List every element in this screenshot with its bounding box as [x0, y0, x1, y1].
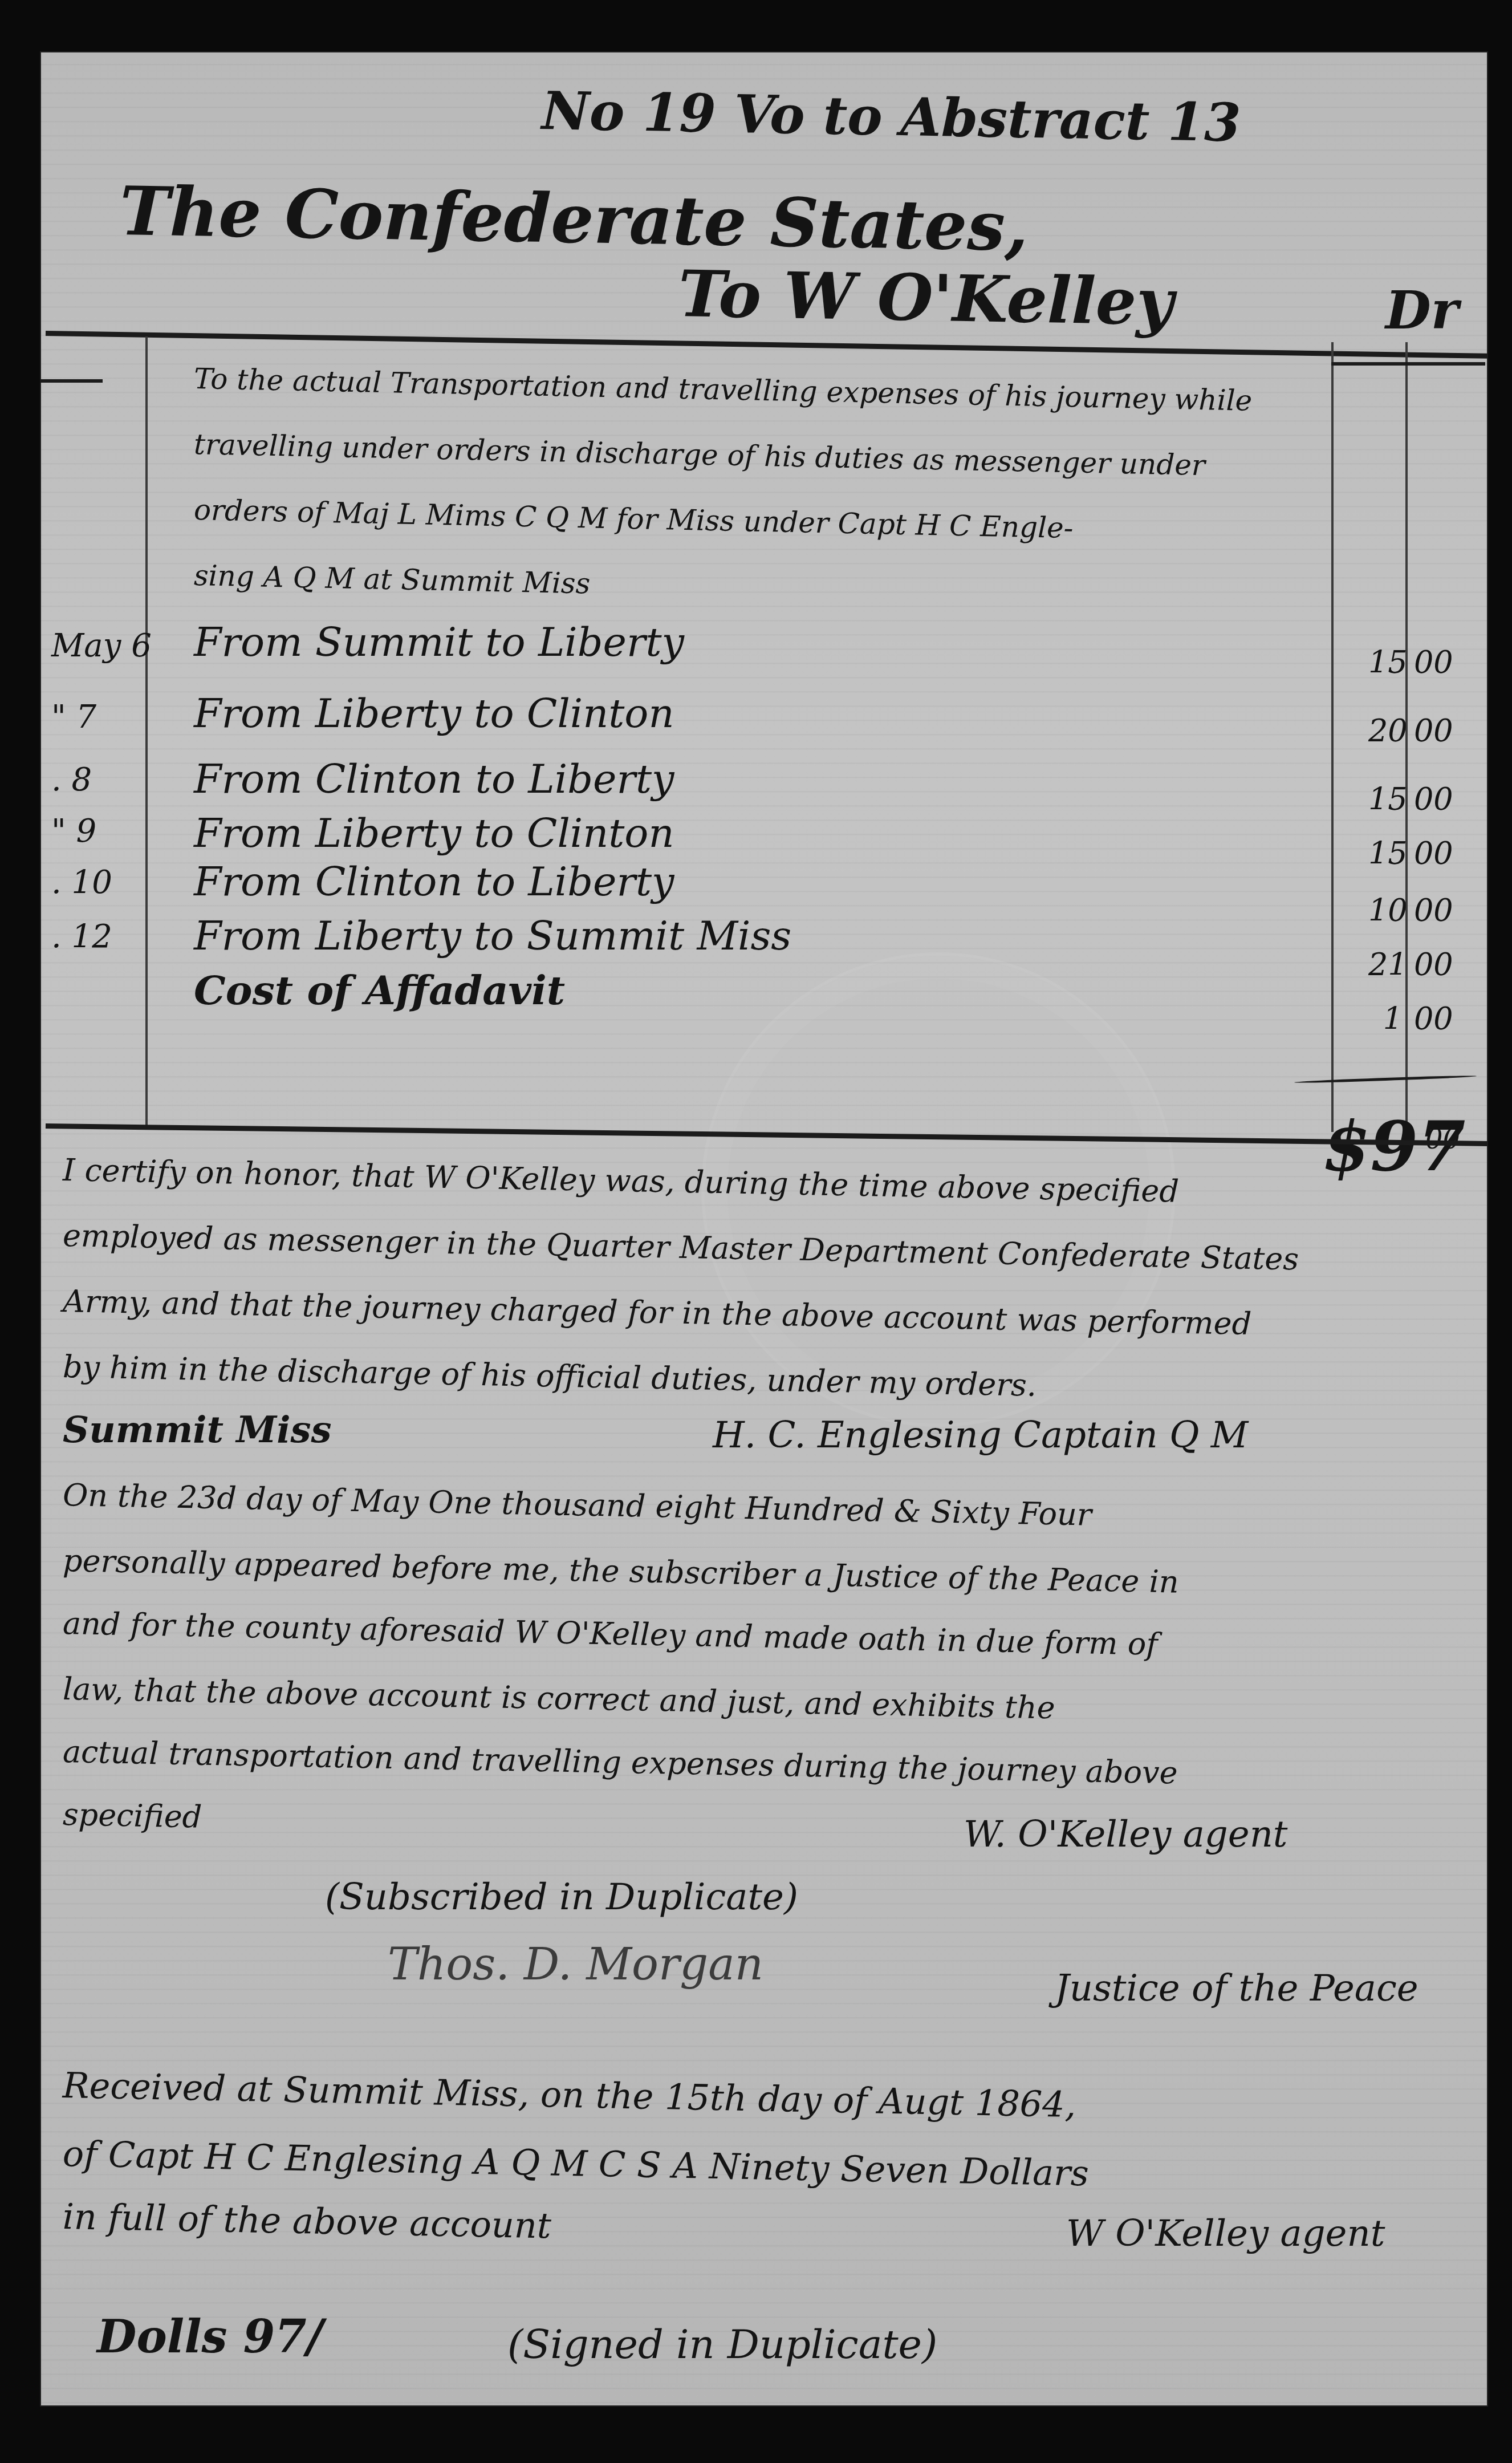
item-date: . 12	[51, 918, 112, 955]
item-description: From Summit to Liberty	[194, 619, 684, 666]
receipt-line: in full of the above account	[62, 2196, 551, 2246]
item-date: " 7	[51, 699, 96, 736]
signed-in-duplicate-note: (Signed in Duplicate)	[507, 2321, 937, 2368]
account-description-line: To the actual Transportation and travell…	[193, 362, 1252, 417]
item-cents: 00	[1414, 892, 1453, 928]
item-description: From Clinton to Liberty	[194, 858, 674, 905]
sum-line	[1294, 1074, 1477, 1084]
item-date: May 6	[51, 627, 152, 664]
item-cents: 00	[1414, 1001, 1453, 1037]
total-cents: 00	[1425, 1123, 1460, 1155]
amount-header-rule	[1331, 362, 1485, 366]
item-date: " 9	[51, 813, 96, 850]
affidavit-line: law, that the above account is correct a…	[62, 1671, 1055, 1726]
affidavit-line: and for the county aforesaid W O'Kelley …	[62, 1605, 1157, 1662]
dollars-column-divider	[1331, 342, 1334, 1132]
item-dollars: 10	[1368, 892, 1403, 928]
table-top-rule	[46, 331, 1488, 359]
payer-heading: The Confederate States,	[119, 171, 1029, 266]
justice-title: Justice of the Peace	[1055, 1967, 1418, 2010]
item-description: From Liberty to Clinton	[194, 810, 674, 857]
affidavit-line: personally appeared before me, the subsc…	[62, 1543, 1179, 1600]
affidavit-line: On the 23d day of May One thousand eight…	[62, 1477, 1092, 1533]
payee-line: To W O'Kelley	[678, 257, 1174, 340]
voucher-page: No 19 Vo to Abstract 13 The Confederate …	[40, 51, 1488, 2407]
date-column-stub-rule	[40, 379, 103, 383]
item-cents: 00	[1414, 947, 1453, 983]
captain-signature: H. C. Englesing Captain Q M	[713, 1414, 1248, 1456]
subscribed-note: (Subscribed in Duplicate)	[325, 1876, 798, 1918]
affidavit-line: actual transportation and travelling exp…	[62, 1734, 1178, 1791]
date-column-divider	[145, 336, 148, 1129]
item-dollars: 20	[1368, 713, 1403, 749]
item-cents: 00	[1414, 644, 1453, 680]
item-dollars: 15	[1368, 781, 1403, 817]
account-description-line: travelling under orders in discharge of …	[193, 428, 1205, 482]
account-description-line: sing A Q M at Summit Miss	[193, 559, 590, 600]
item-cents: 00	[1414, 713, 1453, 749]
receipt-amount-note: Dolls 97/	[97, 2310, 323, 2363]
item-cents: 00	[1414, 781, 1453, 817]
item-description: From Liberty to Clinton	[194, 690, 674, 737]
receipt-signature: W O'Kelley agent	[1066, 2213, 1385, 2255]
certification-place: Summit Miss	[63, 1409, 332, 1451]
item-dollars: 21	[1368, 947, 1403, 983]
account-description-line: orders of Maj L Mims C Q M for Miss unde…	[193, 493, 1074, 545]
receipt-line: of Capt H C Englesing A Q M C S A Ninety…	[62, 2133, 1089, 2194]
item-description: Cost of Affadavit	[194, 967, 565, 1014]
debit-label: Dr	[1385, 279, 1458, 341]
agent-signature: W. O'Kelley agent	[964, 1813, 1288, 1856]
receipt-line: Received at Summit Miss, on the 15th day…	[62, 2064, 1076, 2125]
item-dollars: 15	[1368, 835, 1403, 871]
justice-signature: Thos. D. Morgan	[388, 1939, 763, 1990]
voucher-number: No 19 Vo to Abstract 13	[541, 80, 1241, 153]
item-dollars: 15	[1368, 644, 1403, 680]
item-date: . 8	[51, 761, 92, 798]
item-date: . 10	[51, 864, 112, 901]
item-description: From Clinton to Liberty	[194, 756, 674, 802]
affidavit-line: specified	[62, 1796, 202, 1835]
item-cents: 00	[1414, 835, 1453, 871]
item-description: From Liberty to Summit Miss	[194, 912, 791, 959]
item-dollars: 1	[1368, 1001, 1403, 1037]
